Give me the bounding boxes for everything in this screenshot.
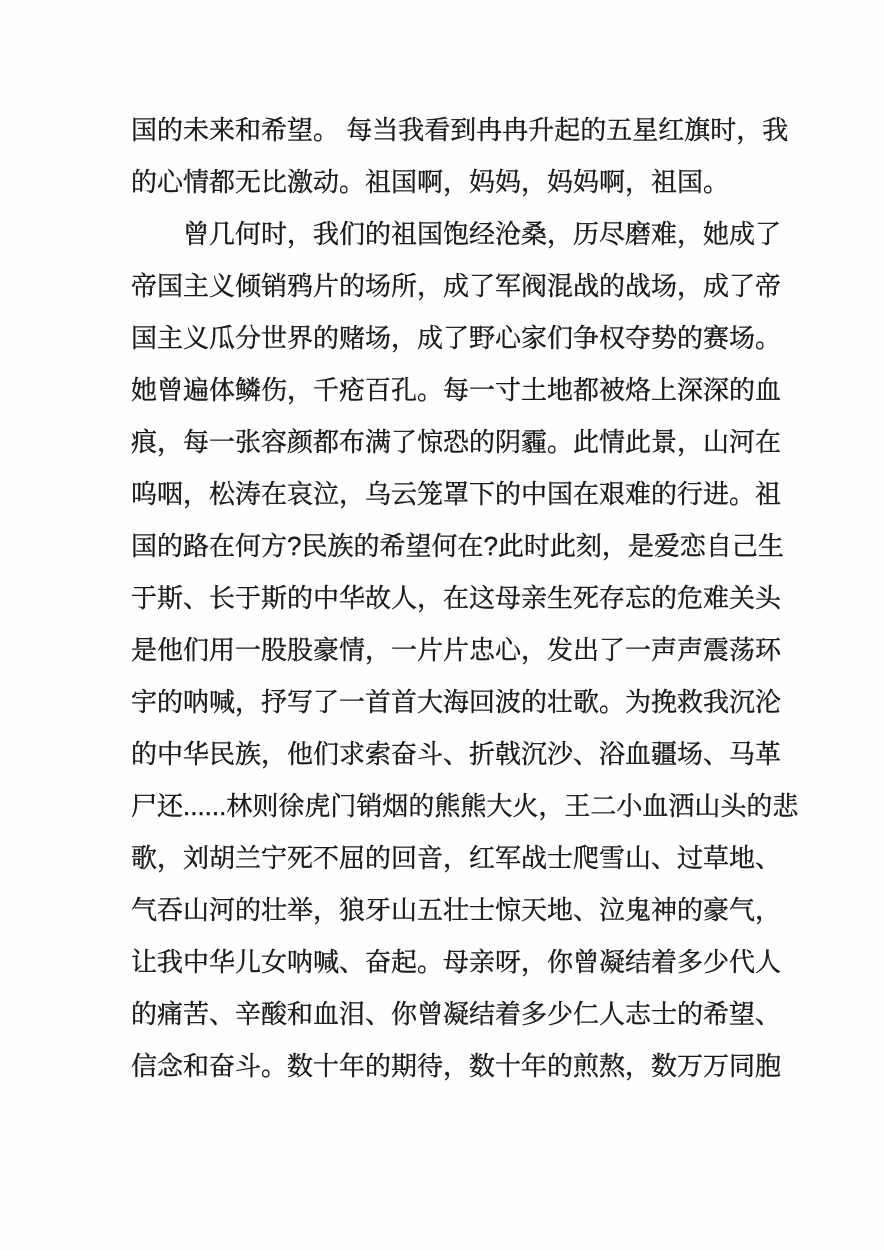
text-line: 国主义瓜分世界的赌场，成了野心家们争权夺势的赛场。 [131,312,753,364]
text-line: 让我中华儿女呐喊、奋起。母亲呀，你曾凝结着多少代人 [131,936,753,988]
text-line: 于斯、长于斯的中华故人，在这母亲生死存忘的危难关头 [131,572,753,624]
text-line: 信念和奋斗。数十年的期待，数十年的煎熬，数万万同胞 [131,1040,753,1092]
essay-text-block: 国的未来和希望。 每当我看到冉冉升起的五星红旗时，我 的心情都无比激动。祖国啊，… [131,104,753,1092]
text-line: 国的路在何方?民族的希望何在?此时此刻，是爱恋自己生 [131,520,753,572]
text-line: 她曾遍体鳞伤，千疮百孔。每一寸土地都被烙上深深的血 [131,364,753,416]
text-line: 帝国主义倾销鸦片的场所，成了军阀混战的战场，成了帝 [131,260,753,312]
document-page: 国的未来和希望。 每当我看到冉冉升起的五星红旗时，我 的心情都无比激动。祖国啊，… [0,0,884,1250]
text-line: 国的未来和希望。 每当我看到冉冉升起的五星红旗时，我 [131,104,753,156]
text-line: 气吞山河的壮举，狼牙山五壮士惊天地、泣鬼神的豪气， [131,884,753,936]
text-line: 的痛苦、辛酸和血泪、你曾凝结着多少仁人志士的希望、 [131,988,753,1040]
text-line: 的心情都无比激动。祖国啊，妈妈，妈妈啊，祖国。 [131,156,753,208]
text-line: 的中华民族，他们求索奋斗、折戟沉沙、浴血疆场、马革 [131,728,753,780]
text-line: 尸还......林则徐虎门销烟的熊熊大火，王二小血洒山头的悲 [131,780,753,832]
text-line: 是他们用一股股豪情，一片片忠心，发出了一声声震荡环 [131,624,753,676]
text-line: 痕，每一张容颜都布满了惊恐的阴霾。此情此景，山河在 [131,416,753,468]
text-line: 歌，刘胡兰宁死不屈的回音，红军战士爬雪山、过草地、 [131,832,753,884]
text-line: 呜咽，松涛在哀泣，乌云笼罩下的中国在艰难的行进。祖 [131,468,753,520]
text-line: 宇的呐喊，抒写了一首首大海回波的壮歌。为挽救我沉沦 [131,676,753,728]
text-line: 曾几何时，我们的祖国饱经沧桑，历尽磨难，她成了 [131,208,753,260]
